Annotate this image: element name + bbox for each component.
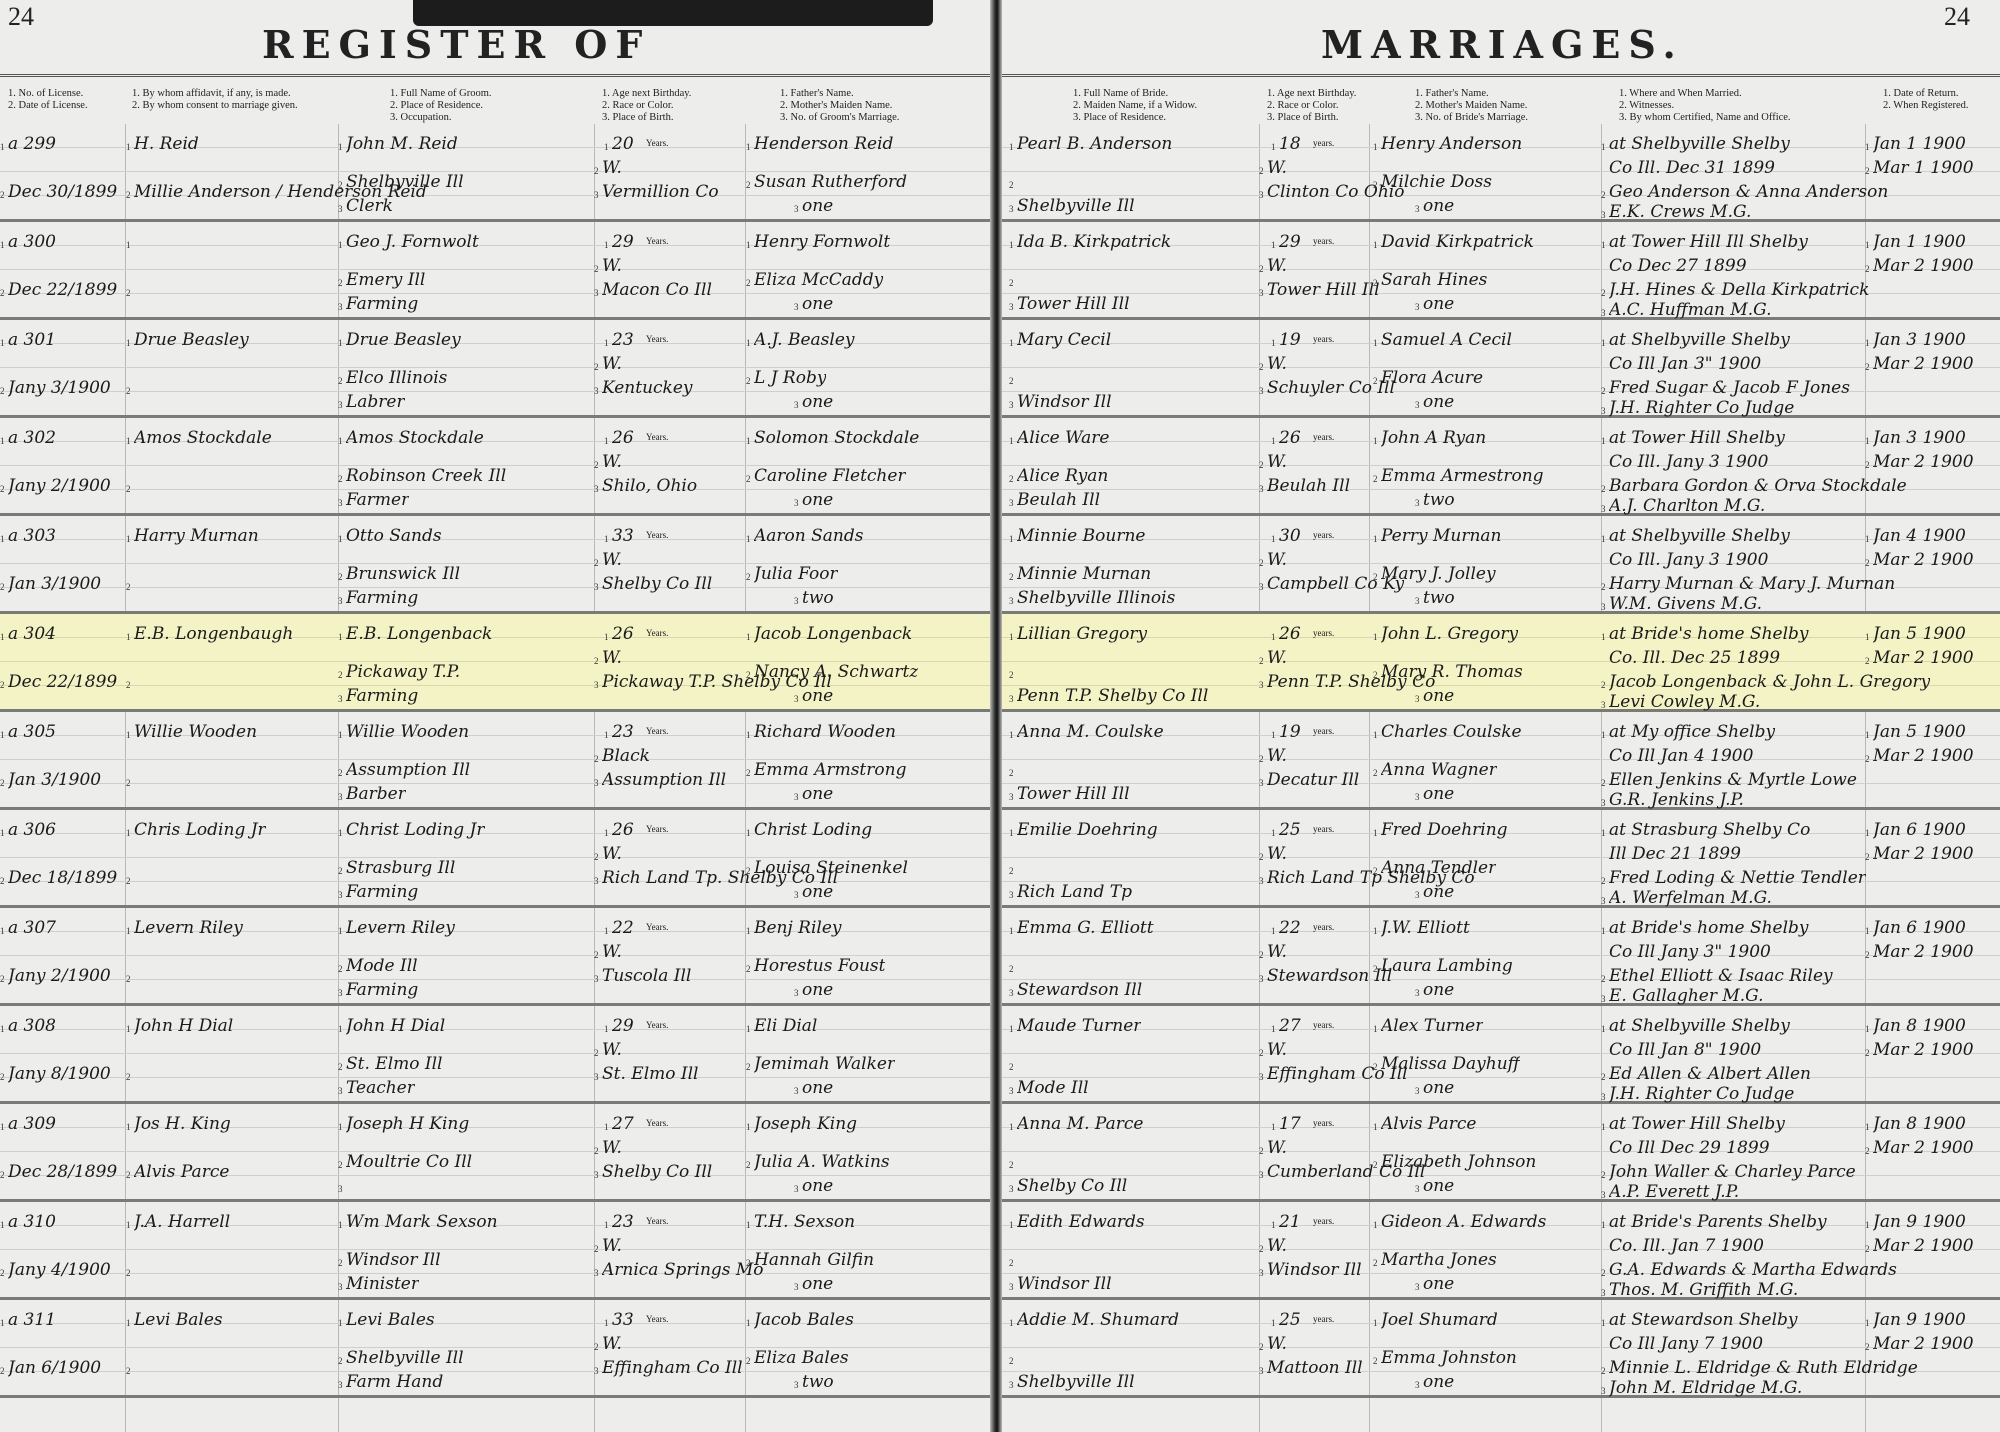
witnesses: Ethel Elliott & Isaac Riley [1609,966,1833,986]
register-entry-left: 1a 3062Dec 18/18991Chris Loding Jr21Chri… [0,810,995,908]
license-number: a 300 [8,232,56,252]
line-number: 1 [1601,142,1606,152]
line-number: 1 [1009,1318,1014,1328]
line-number: 1 [0,926,5,936]
groom-race: W. [602,844,622,864]
bride-race: W. [1267,942,1287,962]
line-number: 2 [1373,1160,1378,1170]
license-number: a 310 [8,1212,56,1232]
license-date: Jan 3/1900 [8,574,101,594]
certified-by: E.K. Crews M.G. [1609,202,1751,222]
groom-father: Benj Riley [754,918,842,938]
line-number: 1 [338,730,343,740]
license-date: Jan 3/1900 [8,770,101,790]
line-number: 2 [338,474,343,484]
groom-race: W. [602,942,622,962]
line-number: 2 [126,190,131,200]
line-number: 2 [1259,1146,1264,1156]
bride-birthplace: Mattoon Ill [1267,1358,1363,1378]
groom-age: 29 [612,232,634,252]
groom-father: Aaron Sands [754,526,863,546]
line-number: 1 [126,534,131,544]
line-number: 3 [1415,988,1420,998]
bride-race: W. [1267,256,1287,276]
groom-marriage-number: one [802,980,833,1000]
col-head-groom: 1. Full Name of Groom. 2. Place of Resid… [390,88,492,124]
line-number: 1 [1601,926,1606,936]
line-number: 2 [746,866,751,876]
when-married: Co Ill Jany 3" 1900 [1609,942,1771,962]
line-number: 3 [338,694,343,704]
col-head-license: 1. No. of License. 2. Date of License. [8,88,88,112]
age-unit-label: years. [1313,432,1334,442]
when-registered: Mar 2 1900 [1873,942,1974,962]
license-number: a 311 [8,1310,56,1330]
line-number: 3 [794,302,799,312]
age-unit-label: years. [1313,530,1334,540]
license-date: Jany 8/1900 [8,1064,111,1084]
line-number: 2 [1601,680,1606,690]
age-unit-label: Years. [646,1118,668,1128]
date-of-return: Jan 1 1900 [1873,232,1966,252]
line-number: 1 [604,338,609,348]
groom-mother: Caroline Fletcher [754,466,906,486]
bride-name: Alice Ware [1017,428,1109,448]
line-number: 3 [1601,1190,1606,1200]
bride-name: Edith Edwards [1017,1212,1145,1232]
register-entry-left: 1a 2992Dec 30/18991H. Reid2Millie Anders… [0,124,995,222]
line-number: 2 [0,1268,5,1278]
register-spread: 24 REGISTER OF 1. No. of License. 2. Dat… [0,0,2000,1432]
line-number: 1 [1601,828,1606,838]
line-number: 1 [0,436,5,446]
bride-name: Lillian Gregory [1017,624,1147,644]
line-number: 2 [1865,852,1870,862]
groom-marriage-number: one [802,686,833,706]
groom-marriage-number: one [802,784,833,804]
line-number: 1 [1271,1318,1276,1328]
line-number: 2 [1865,1244,1870,1254]
bride-residence: Beulah Ill [1017,490,1100,510]
line-number: 2 [1373,964,1378,974]
groom-occupation: Minister [346,1274,419,1294]
bride-age: 19 [1279,722,1301,742]
bride-mother: Elizabeth Johnson [1381,1152,1536,1172]
line-number: 2 [746,278,751,288]
affidavit-by: Harry Murnan [134,526,259,546]
license-number: a 309 [8,1114,56,1134]
line-number: 3 [338,498,343,508]
line-number: 2 [594,264,599,274]
age-unit-label: years. [1313,236,1334,246]
bride-father: Perry Murnan [1381,526,1502,546]
line-number: 1 [604,1220,609,1230]
line-number: 3 [794,204,799,214]
line-number: 1 [1373,632,1378,642]
line-number: 2 [126,1072,131,1082]
bride-marriage-number: one [1423,980,1454,1000]
line-number: 2 [594,1244,599,1254]
line-number: 2 [1009,1062,1014,1072]
where-married: at Shelbyville Shelby [1609,526,1790,546]
line-number: 3 [1601,896,1606,906]
certified-by: A.C. Huffman M.G. [1609,300,1772,320]
line-number: 2 [1009,768,1014,778]
line-number: 1 [746,534,751,544]
bride-birthplace: Tower Hill Ill [1267,280,1380,300]
groom-birthplace: Assumption Ill [602,770,726,790]
date-of-return: Jan 3 1900 [1873,330,1966,350]
groom-occupation: Clerk [346,196,393,216]
bride-father: Gideon A. Edwards [1381,1212,1546,1232]
line-number: 3 [794,1086,799,1096]
line-number: 1 [746,436,751,446]
groom-name: John M. Reid [346,134,458,154]
license-date: Dec 18/1899 [8,868,117,888]
bride-mother: Malissa Dayhuff [1381,1054,1520,1074]
line-number: 2 [594,1342,599,1352]
groom-race: W. [602,550,622,570]
line-number: 2 [126,1366,131,1376]
line-number: 2 [746,1356,751,1366]
where-married: at Shelbyville Shelby [1609,330,1790,350]
line-number: 1 [1373,338,1378,348]
page-title-right: MARRIAGES. [1321,22,1684,67]
line-number: 2 [746,180,751,190]
bride-race: W. [1267,1138,1287,1158]
license-number: a 306 [8,820,56,840]
col-head-bride-parents: 1. Father's Name. 2. Mother's Maiden Nam… [1415,88,1528,124]
age-unit-label: Years. [646,922,668,932]
line-number: 1 [126,1220,131,1230]
line-number: 1 [1865,338,1870,348]
groom-occupation: Farming [346,686,418,706]
line-number: 2 [746,474,751,484]
bride-residence: Penn T.P. Shelby Co Ill [1017,686,1208,706]
license-number: a 307 [8,918,56,938]
line-number: 1 [1601,436,1606,446]
line-number: 2 [1009,180,1014,190]
line-number: 1 [126,926,131,936]
line-number: 2 [1601,386,1606,396]
bride-father: Charles Coulske [1381,722,1522,742]
book-gutter [990,0,1002,1432]
groom-occupation: Farm Hand [346,1372,443,1392]
line-number: 3 [594,1268,599,1278]
groom-father: Solomon Stockdale [754,428,919,448]
certified-by: A.J. Charlton M.G. [1609,496,1765,516]
line-number: 1 [1271,240,1276,250]
line-number: 3 [1415,302,1420,312]
line-number: 2 [1601,1072,1606,1082]
bride-mother: Emma Armestrong [1381,466,1544,486]
license-number: a 302 [8,428,56,448]
bride-marriage-number: two [1423,490,1455,510]
register-entry-right: 1Ida B. Kirkpatrick23Tower Hill Ill129ye… [1001,222,2000,320]
line-number: 3 [1009,596,1014,606]
bride-mother: Sarah Hines [1381,270,1487,290]
line-number: 1 [1865,632,1870,642]
line-number: 1 [746,1024,751,1034]
line-number: 2 [338,278,343,288]
where-married: at Shelbyville Shelby [1609,1016,1790,1036]
age-unit-label: Years. [646,824,668,834]
affidavit-by: H. Reid [134,134,199,154]
when-married: Co Ill Jany 7 1900 [1609,1334,1763,1354]
groom-age: 27 [612,1114,634,1134]
bride-marriage-number: two [1423,588,1455,608]
line-number: 3 [1259,876,1264,886]
where-married: at Bride's Parents Shelby [1609,1212,1827,1232]
groom-residence: Strasburg Ill [346,858,455,878]
age-unit-label: Years. [646,236,668,246]
groom-residence: Pickaway T.P. [346,662,460,682]
line-number: 2 [126,484,131,494]
line-number: 1 [1009,436,1014,446]
line-number: 1 [604,534,609,544]
line-number: 1 [746,1318,751,1328]
certified-by: E. Gallagher M.G. [1609,986,1764,1006]
line-number: 1 [126,436,131,446]
line-number: 3 [1601,406,1606,416]
line-number: 1 [1865,142,1870,152]
groom-mother: Hannah Gilfin [754,1250,874,1270]
line-number: 1 [338,632,343,642]
line-number: 1 [1373,1318,1378,1328]
line-number: 1 [126,730,131,740]
bride-age: 18 [1279,134,1301,154]
bride-race: W. [1267,158,1287,178]
line-number: 1 [746,828,751,838]
groom-occupation: Farming [346,980,418,1000]
line-number: 2 [338,964,343,974]
when-registered: Mar 2 1900 [1873,1334,1974,1354]
date-of-return: Jan 1 1900 [1873,134,1966,154]
register-entry-left: 1a 3032Jan 3/19001Harry Murnan21Otto San… [0,516,995,614]
line-number: 2 [1865,166,1870,176]
when-married: Co. Ill. Jan 7 1900 [1609,1236,1764,1256]
groom-race: W. [602,1236,622,1256]
date-of-return: Jan 8 1900 [1873,1114,1966,1134]
line-number: 2 [594,1146,599,1156]
age-unit-label: years. [1313,922,1334,932]
line-number: 1 [1271,1220,1276,1230]
line-number: 3 [338,890,343,900]
age-unit-label: Years. [646,432,668,442]
groom-marriage-number: one [802,1274,833,1294]
line-number: 1 [1373,926,1378,936]
line-number: 3 [1259,1366,1264,1376]
bride-marriage-number: one [1423,392,1454,412]
when-married: Ill Dec 21 1899 [1609,844,1741,864]
groom-father: Richard Wooden [754,722,896,742]
line-number: 1 [1271,436,1276,446]
groom-residence: Shelbyville Ill [346,172,464,192]
line-number: 2 [1009,964,1014,974]
groom-marriage-number: one [802,1176,833,1196]
line-number: 1 [1373,534,1378,544]
groom-age: 26 [612,428,634,448]
line-number: 1 [1601,1220,1606,1230]
bride-mother: Laura Lambing [1381,956,1513,976]
line-number: 3 [1415,694,1420,704]
line-number: 3 [1415,792,1420,802]
bride-residence: Shelbyville Illinois [1017,588,1175,608]
when-registered: Mar 2 1900 [1873,1138,1974,1158]
line-number: 2 [1009,474,1014,484]
groom-residence: Brunswick Ill [346,564,460,584]
line-number: 3 [1009,988,1014,998]
line-number: 2 [1601,1366,1606,1376]
certified-by: Thos. M. Griffith M.G. [1609,1280,1798,1300]
bride-name: Ida B. Kirkpatrick [1017,232,1171,252]
witnesses: Jacob Longenback & John L. Gregory [1609,672,1930,692]
line-number: 1 [604,436,609,446]
header-rule [1001,74,2000,80]
line-number: 1 [1601,730,1606,740]
line-number: 1 [126,828,131,838]
line-number: 1 [1865,1122,1870,1132]
line-number: 1 [1865,730,1870,740]
line-number: 1 [1601,338,1606,348]
line-number: 3 [594,288,599,298]
line-number: 1 [338,534,343,544]
register-entry-right: 1Pearl B. Anderson23Shelbyville Ill118ye… [1001,124,2000,222]
register-entry-left: 1a 3082Jany 8/19001John H Dial21John H D… [0,1006,995,1104]
line-number: 1 [338,926,343,936]
line-number: 1 [0,1024,5,1034]
line-number: 2 [338,768,343,778]
line-number: 2 [1373,474,1378,484]
line-number: 1 [1271,828,1276,838]
line-number: 2 [1259,1342,1264,1352]
line-number: 1 [1373,1220,1378,1230]
line-number: 2 [1373,1258,1378,1268]
line-number: 3 [338,1282,343,1292]
line-number: 2 [338,376,343,386]
groom-race: Black [602,746,650,766]
where-married: at Bride's home Shelby [1609,624,1809,644]
bride-name: Anna M. Parce [1017,1114,1143,1134]
when-married: Co Dec 27 1899 [1609,256,1747,276]
witnesses: Minnie L. Eldridge & Ruth Eldridge [1609,1358,1918,1378]
line-number: 2 [1865,264,1870,274]
line-number: 3 [1601,1288,1606,1298]
line-number: 1 [1865,926,1870,936]
bride-race: W. [1267,746,1287,766]
line-number: 1 [0,632,5,642]
line-number: 3 [594,582,599,592]
bride-birthplace: Beulah Ill [1267,476,1350,496]
bride-marriage-number: one [1423,1176,1454,1196]
when-married: Co Ill Dec 29 1899 [1609,1138,1770,1158]
line-number: 3 [594,974,599,984]
when-registered: Mar 2 1900 [1873,550,1974,570]
line-number: 2 [338,572,343,582]
line-number: 1 [604,142,609,152]
groom-race: W. [602,1040,622,1060]
line-number: 2 [1601,1170,1606,1180]
age-unit-label: years. [1313,824,1334,834]
line-number: 2 [1009,1356,1014,1366]
groom-occupation: Barber [346,784,406,804]
line-number: 1 [0,534,5,544]
bride-mother: Anna Tendler [1381,858,1496,878]
age-unit-label: years. [1313,1118,1334,1128]
line-number: 3 [1009,1282,1014,1292]
line-number: 3 [1601,1092,1606,1102]
bride-name: Mary Cecil [1017,330,1111,350]
line-number: 1 [1865,828,1870,838]
when-married: Co Ill. Jany 3 1900 [1609,550,1768,570]
line-number: 1 [1865,1318,1870,1328]
line-number: 2 [1373,1062,1378,1072]
col-head-affidavit: 1. By whom affidavit, if any, is made. 2… [132,88,298,112]
groom-marriage-number: two [802,1372,834,1392]
line-number: 1 [604,926,609,936]
groom-mother: Horestus Foust [754,956,885,976]
groom-occupation: Farming [346,294,418,314]
bride-name: Addie M. Shumard [1017,1310,1179,1330]
groom-birthplace: Effingham Co Ill [602,1358,743,1378]
line-number: 1 [1601,1024,1606,1034]
line-number: 1 [1373,1024,1378,1034]
line-number: 2 [1373,866,1378,876]
bride-race: W. [1267,1236,1287,1256]
line-number: 1 [1009,240,1014,250]
line-number: 1 [1009,338,1014,348]
line-number: 1 [1601,1122,1606,1132]
where-married: at Strasburg Shelby Co [1609,820,1810,840]
line-number: 2 [0,1072,5,1082]
line-number: 2 [1009,376,1014,386]
bride-age: 21 [1279,1212,1301,1232]
bride-name: Maude Turner [1017,1016,1141,1036]
line-number: 1 [338,1024,343,1034]
groom-marriage-number: one [802,392,833,412]
col-head-groom-parents: 1. Father's Name. 2. Mother's Maiden Nam… [780,88,899,124]
bride-race: W. [1267,452,1287,472]
when-registered: Mar 1 1900 [1873,158,1974,178]
line-number: 3 [1415,1380,1420,1390]
bride-residence: Shelbyville Ill [1017,196,1135,216]
line-number: 3 [594,778,599,788]
line-number: 1 [604,730,609,740]
line-number: 1 [1271,534,1276,544]
line-number: 2 [1259,1048,1264,1058]
affidavit-by: Drue Beasley [134,330,249,350]
line-number: 1 [1601,1318,1606,1328]
groom-father: Eli Dial [754,1016,817,1036]
line-number: 3 [1415,400,1420,410]
line-number: 2 [746,572,751,582]
bride-mother: Mary J. Jolley [1381,564,1496,584]
right-page: 24 MARRIAGES. 1. Full Name of Bride. 2. … [995,0,2000,1432]
register-entry-right: 1Emilie Doehring23Rich Land Tp125years.2… [1001,810,2000,908]
certified-by: J.H. Righter Co Judge [1609,1084,1794,1104]
date-of-return: Jan 6 1900 [1873,820,1966,840]
line-number: 3 [594,484,599,494]
register-entry-left: 1a 3052Jan 3/19001Willie Wooden21Willie … [0,712,995,810]
bride-father: Alex Turner [1381,1016,1483,1036]
line-number: 1 [604,1024,609,1034]
line-number: 1 [126,338,131,348]
line-number: 1 [0,338,5,348]
bride-residence: Tower Hill Ill [1017,294,1130,314]
bride-residence: Windsor Ill [1017,392,1112,412]
line-number: 2 [1601,974,1606,984]
line-number: 3 [794,988,799,998]
